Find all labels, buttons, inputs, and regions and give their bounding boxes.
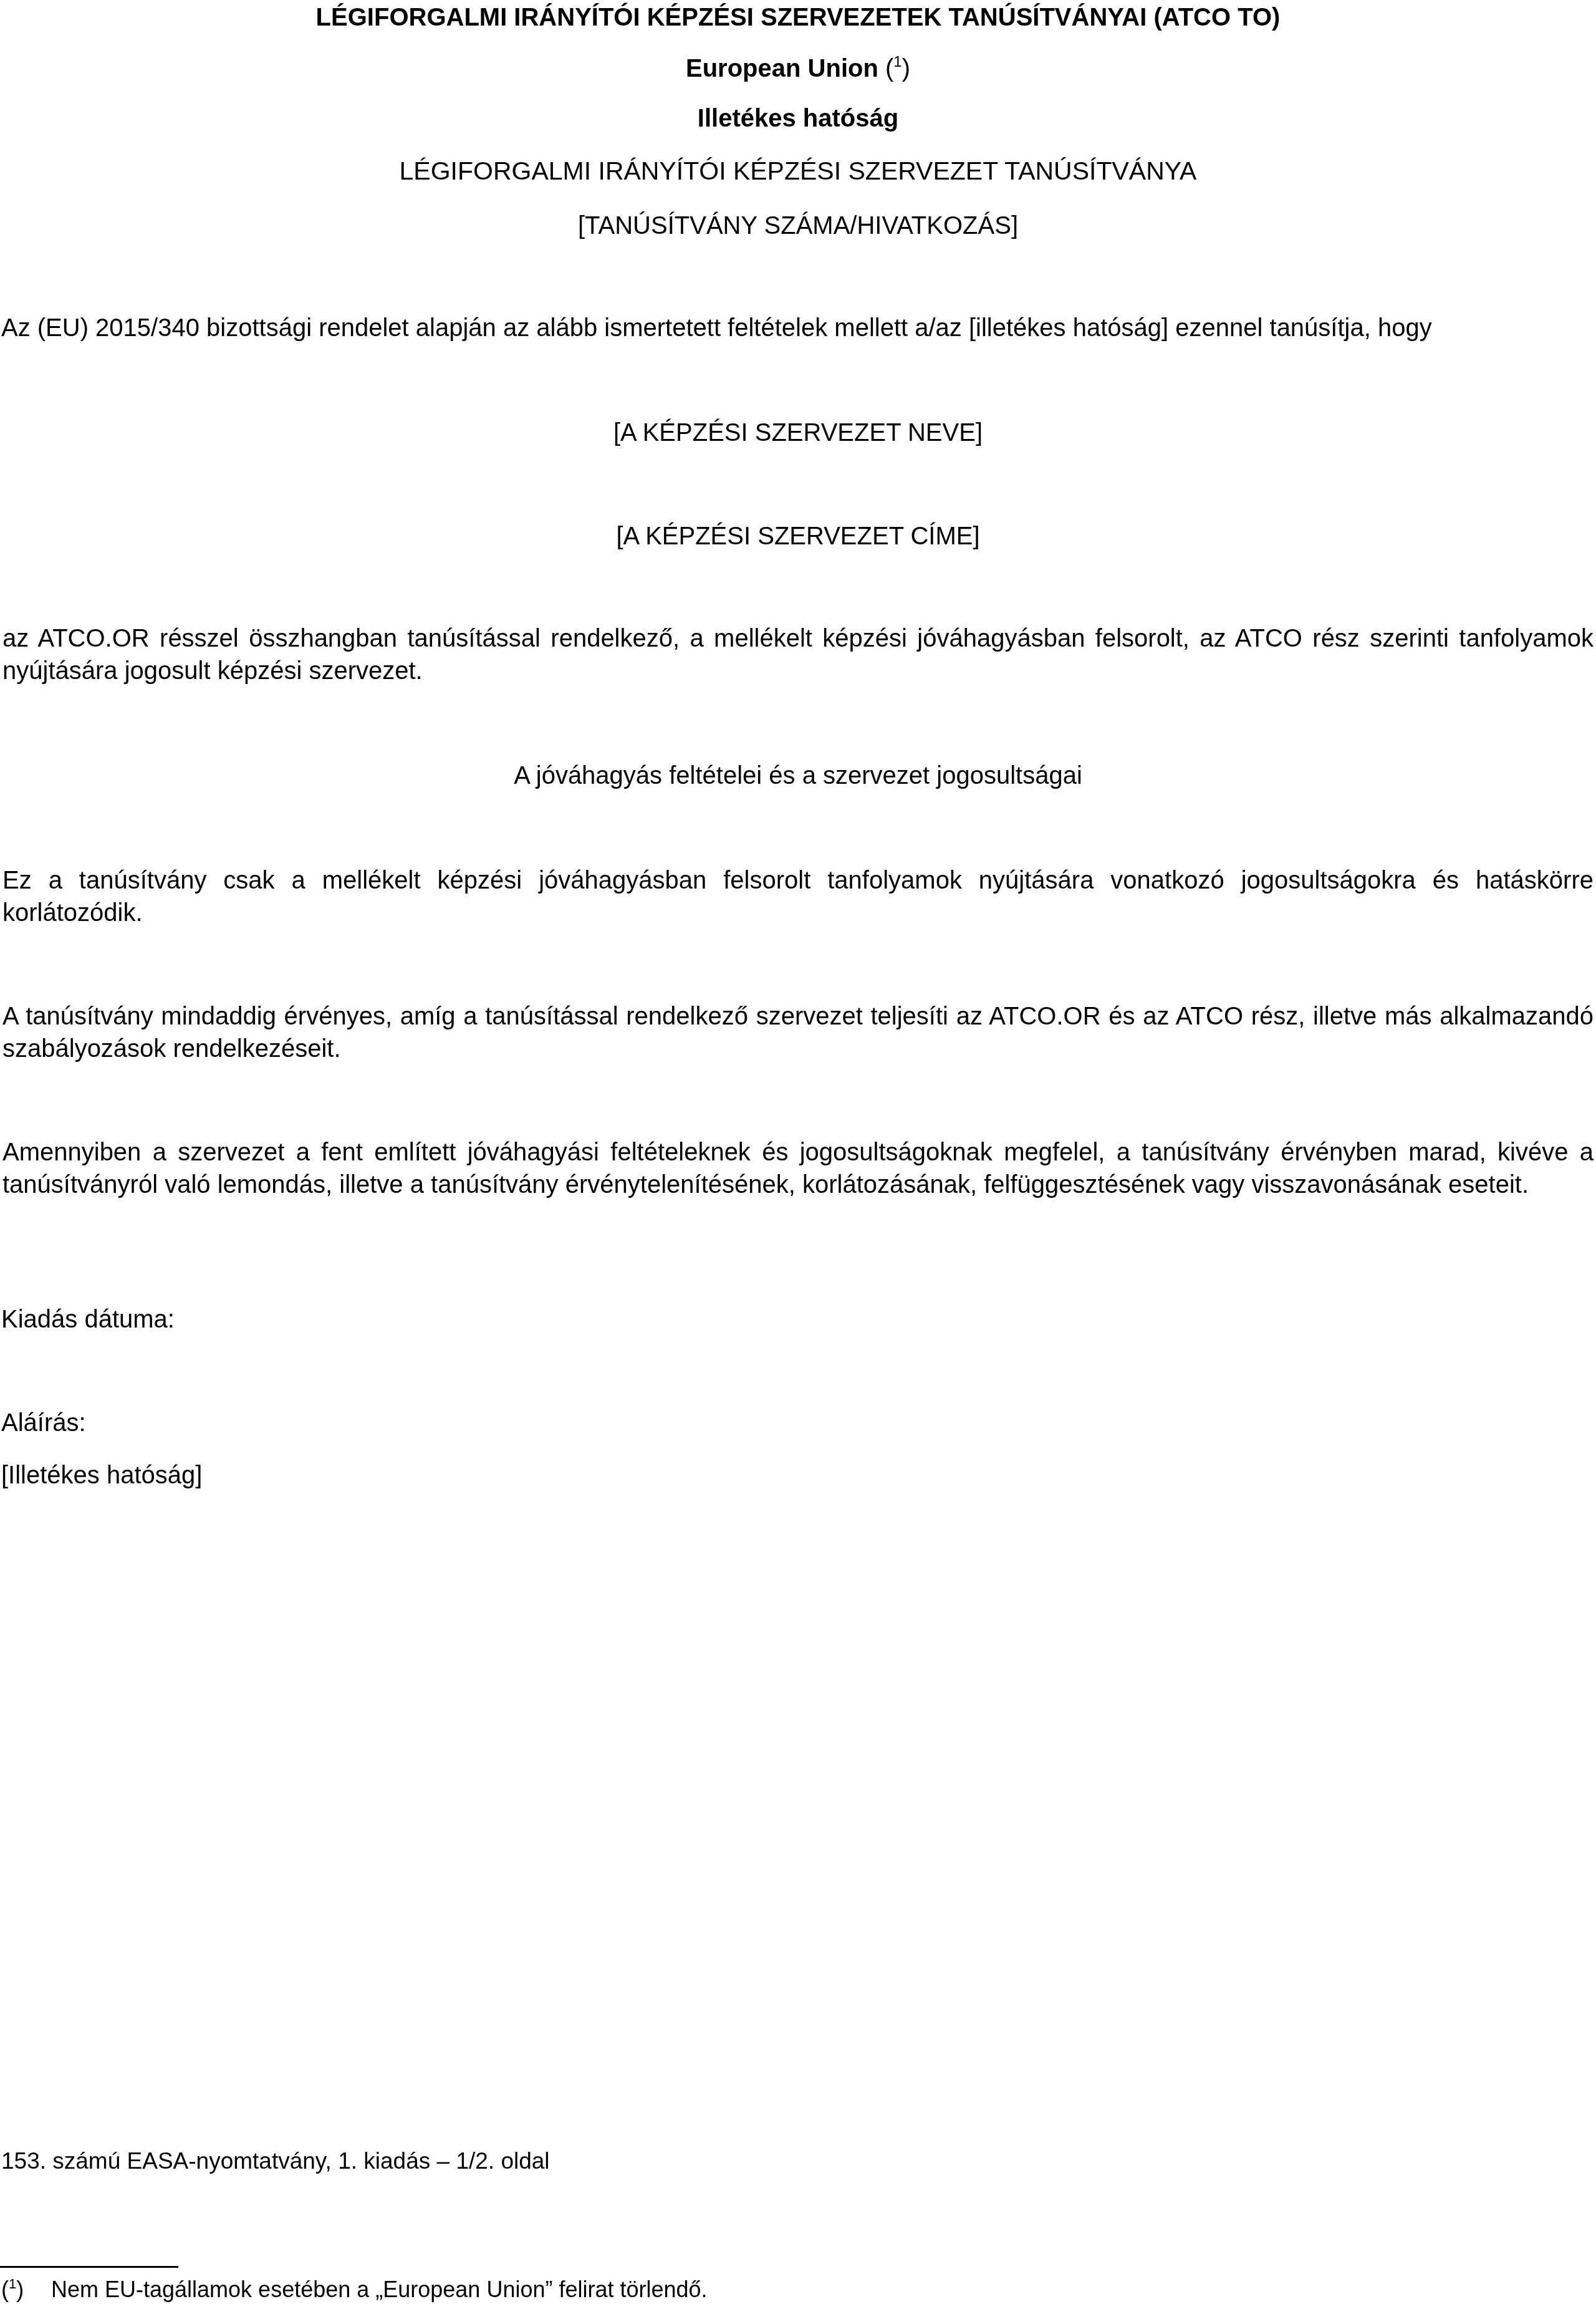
certification-statement: az ATCO.OR résszel összhangban tanúsítás… <box>2 622 1594 687</box>
footnote-text: Nem EU-tagállamok esetében a „European U… <box>51 2277 708 2302</box>
intro-statement: Az (EU) 2015/340 bizottsági rendelet ala… <box>1 312 1596 344</box>
continuation-paragraph: Amennyiben a szervezet a fent említett j… <box>2 1136 1594 1201</box>
issue-date-label: Kiadás dátuma: <box>1 1303 1596 1336</box>
footnote-marker: (1) <box>1 2275 51 2304</box>
signature-label: Aláírás: <box>1 1407 1596 1439</box>
organisation-address: [A KÉPZÉSI SZERVEZET CÍME] <box>0 520 1596 552</box>
certificate-reference: [TANÚSÍTVÁNY SZÁMA/HIVATKOZÁS] <box>0 210 1596 242</box>
authority-heading: Illetékes hatóság <box>0 102 1596 135</box>
certificate-title: LÉGIFORGALMI IRÁNYÍTÓI KÉPZÉSI SZERVEZET… <box>0 155 1596 187</box>
organisation-name: [A KÉPZÉSI SZERVEZET NEVE] <box>0 417 1596 449</box>
scope-paragraph: Ez a tanúsítvány csak a mellékelt képzés… <box>2 864 1594 929</box>
conditions-heading: A jóváhagyás feltételei és a szervezet j… <box>0 759 1596 792</box>
footnote: (1)Nem EU-tagállamok esetében a „Europea… <box>1 2275 708 2304</box>
form-info: 153. számú EASA-nyomtatvány, 1. kiadás –… <box>1 2145 1596 2177</box>
footnote-divider <box>0 2266 178 2268</box>
footnote-ref[interactable]: (1) <box>885 55 910 82</box>
validity-paragraph: A tanúsítvány mindaddig érvényes, amíg a… <box>2 1000 1594 1065</box>
signatory: [Illetékes hatóság] <box>1 1459 1596 1492</box>
union-line: European Union (1) <box>0 52 1596 85</box>
union-label: European Union <box>686 55 878 82</box>
document-title: LÉGIFORGALMI IRÁNYÍTÓI KÉPZÉSI SZERVEZET… <box>0 1 1596 34</box>
